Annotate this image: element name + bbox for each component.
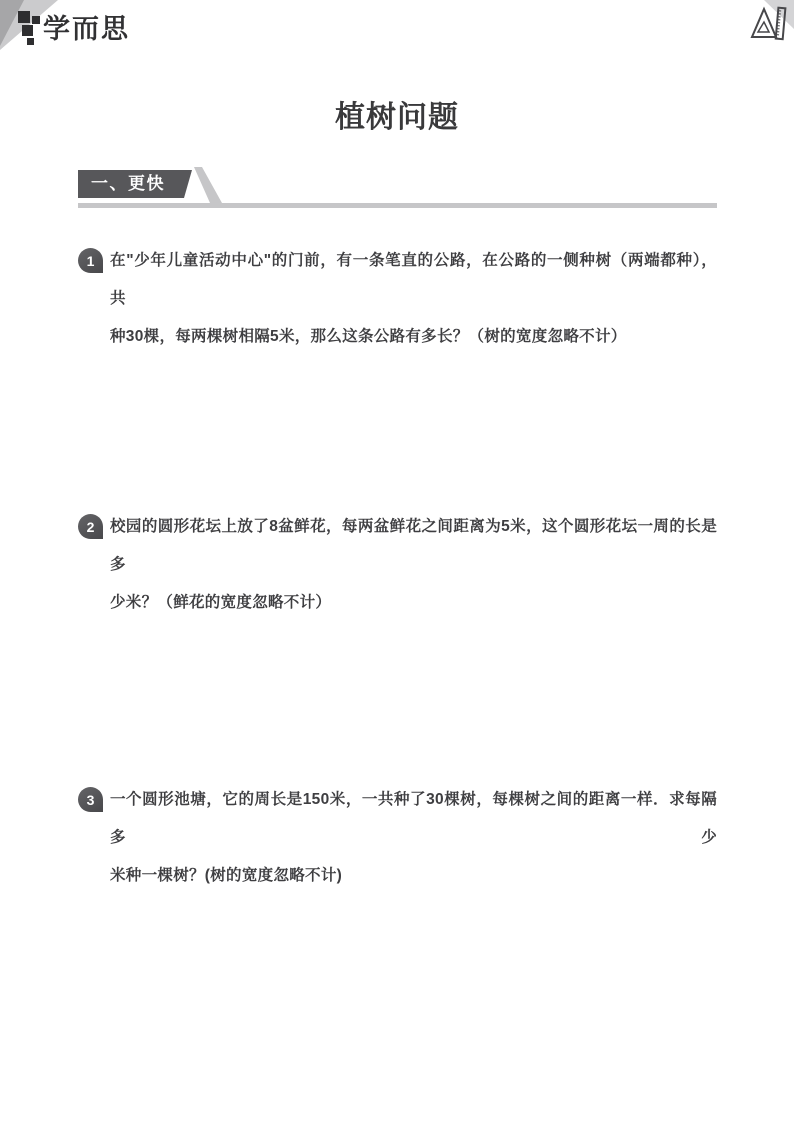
- logo-pixel-block: [22, 25, 33, 36]
- problem-item: 3 一个圆形池塘，它的周长是150米，一共种了30棵树，每棵树之间的距离一样．求…: [78, 787, 717, 895]
- logo-pixel-block: [32, 16, 40, 24]
- problem-number-badge: 2: [78, 514, 103, 539]
- section-header: 一、更快: [78, 170, 192, 198]
- problem-text-line: 一个圆形池塘，它的周长是150米，一共种了30棵树，每棵树之间的距离一样．求每隔…: [110, 781, 717, 857]
- problem-text: 在"少年儿童活动中心"的门前，有一条笔直的公路，在公路的一侧种树（两端都种），共…: [110, 242, 717, 356]
- problem-item: 1 在"少年儿童活动中心"的门前，有一条笔直的公路，在公路的一侧种树（两端都种）…: [78, 248, 717, 356]
- problem-text-line: 少米？（鲜花的宽度忽略不计）: [110, 584, 717, 622]
- worksheet-page: 学而思 植树问题 一、更快 1 在"少年儿童活动中心"的门前，有一条笔直: [0, 0, 794, 1123]
- logo-pixel-block: [18, 11, 30, 23]
- problem-text-line: 在"少年儿童活动中心"的门前，有一条笔直的公路，在公路的一侧种树（两端都种），共: [110, 242, 717, 318]
- problem-text: 校园的圆形花坛上放了8盆鲜花，每两盆鲜花之间距离为5米，这个圆形花坛一周的长是多…: [110, 508, 717, 622]
- problem-text: 一个圆形池塘，它的周长是150米，一共种了30棵树，每棵树之间的距离一样．求每隔…: [110, 781, 717, 895]
- problem-number-badge: 3: [78, 787, 103, 812]
- problem-text-line: 米种一棵树？(树的宽度忽略不计): [110, 857, 717, 895]
- problem-item: 2 校园的圆形花坛上放了8盆鲜花，每两盆鲜花之间距离为5米，这个圆形花坛一周的长…: [78, 514, 717, 622]
- page-title: 植树问题: [0, 92, 794, 136]
- problem-text-line: 校园的圆形花坛上放了8盆鲜花，每两盆鲜花之间距离为5米，这个圆形花坛一周的长是多: [110, 508, 717, 584]
- logo-pixel-block: [27, 38, 34, 45]
- set-square-ruler-icon: [748, 6, 788, 42]
- problem-text-line: 种30棵，每两棵树相隔5米，那么这条公路有多长？（树的宽度忽略不计）: [110, 318, 717, 356]
- problem-number-badge: 1: [78, 248, 103, 273]
- brand-name: 学而思: [43, 7, 130, 46]
